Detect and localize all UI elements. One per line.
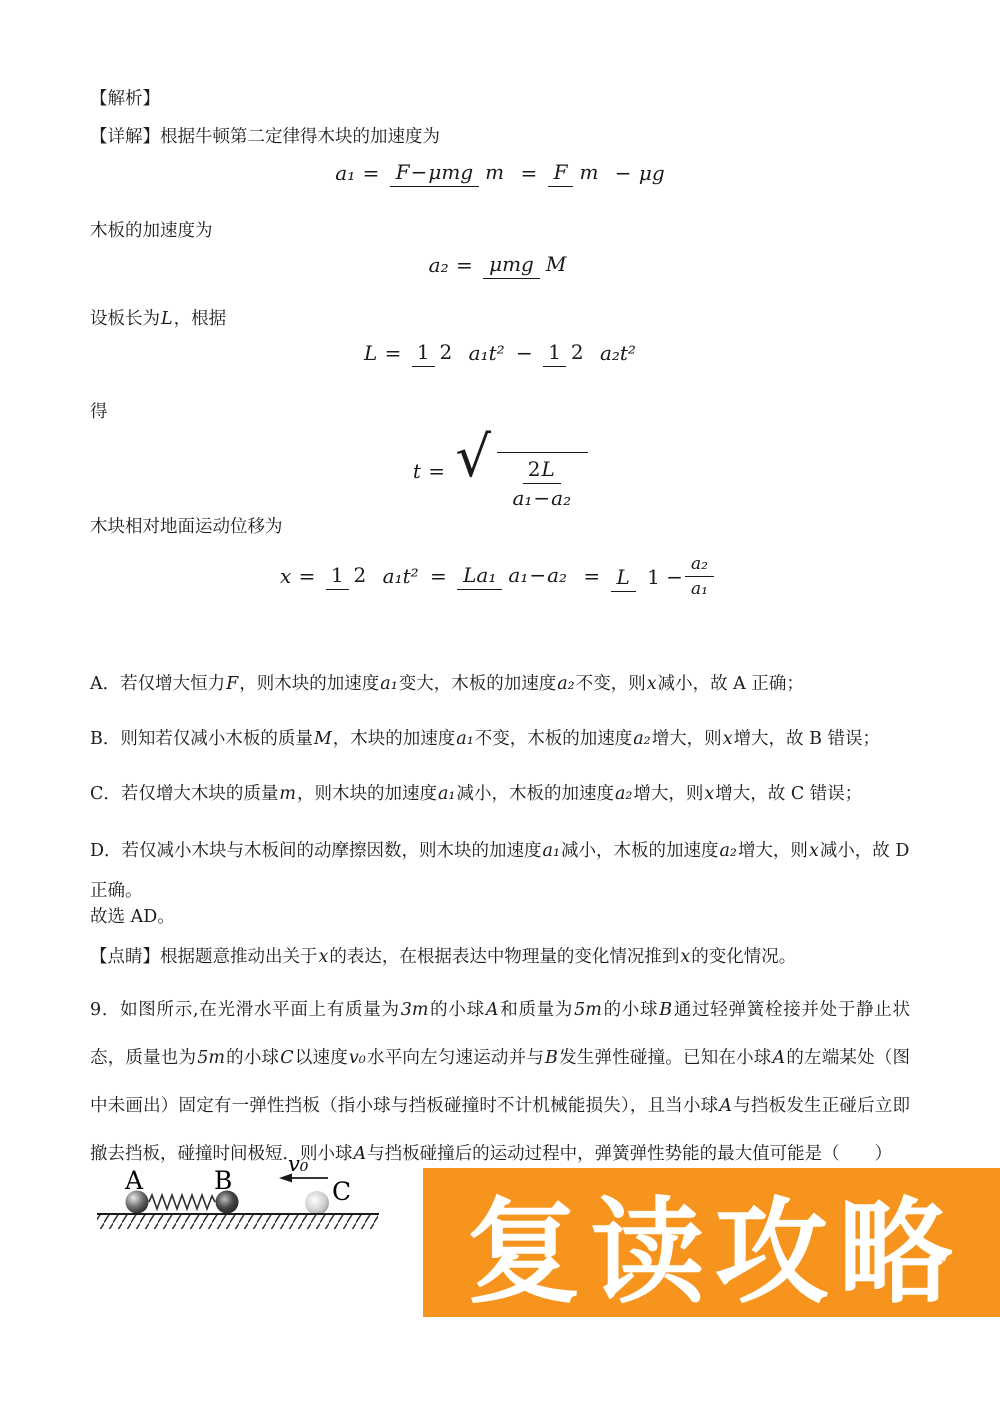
option-c: C．若仅增大木块的质量m，则木块的加速度a₁减小，木板的加速度a₂增大，则x增大… <box>90 774 910 814</box>
velocity-arrow-head <box>279 1174 292 1183</box>
detail-intro: 【详解】根据牛顿第二定律得木块的加速度为 <box>90 124 910 150</box>
radical: √ 2La₁ − a₂ <box>455 432 588 510</box>
formula-time: t = √ 2La₁ − a₂ <box>90 432 910 510</box>
ground-hatch <box>97 1215 378 1229</box>
formula-a1: a₁ = F − μmgm = Fm − μg <box>90 158 910 187</box>
formula-a2: a₂ = μmgM <box>90 250 910 279</box>
ball-c-label: C <box>332 1177 351 1206</box>
formula-displacement: x = 12 a₁t² = La₁a₁ − a₂ = L 1 − a₂a₁ <box>90 552 910 600</box>
option-d: D．若仅减小木块与木板间的动摩擦因数，则木块的加速度a₁减小，木板的加速度a₂增… <box>90 831 910 911</box>
ball-b-label: B <box>214 1166 232 1195</box>
board-acc-intro: 木板的加速度为 <box>90 218 910 244</box>
conclusion: 故选 AD。 <box>90 904 910 930</box>
option-b: B．则知若仅减小木板的质量M，木块的加速度a₁不变，木板的加速度a₂增大，则x增… <box>90 719 910 759</box>
velocity-label: v₀ <box>288 1152 309 1176</box>
ball-a-label: A <box>124 1166 144 1195</box>
displacement-intro: 木块相对地面运动位移为 <box>90 514 910 540</box>
formula-length: L = 12 a₁t² − 12 a₂t² <box>90 338 910 367</box>
option-a: A．若仅增大恒力F，则木块的加速度a₁变大，木板的加速度a₂不变，则x减小，故 … <box>90 664 910 704</box>
document-page: 【解析】 【详解】根据牛顿第二定律得木块的加速度为 a₁ = F − μmgm … <box>0 0 1000 1414</box>
spring <box>149 1195 215 1209</box>
analysis-label: 【解析】 <box>90 86 910 112</box>
ball-a <box>126 1191 149 1214</box>
figure-q9: A B C v₀ <box>95 1148 395 1243</box>
ball-b <box>216 1191 239 1214</box>
ball-c <box>305 1191 329 1215</box>
tip-note: 【点睛】根据题意推动出关于x的表达，在根据表达中物理量的变化情况推到x的变化情况… <box>90 944 910 970</box>
repeat-strategy-banner: 复读攻略 <box>423 1168 1000 1317</box>
banner-text: 复读攻略 <box>466 1161 962 1325</box>
set-length-intro: 设板长为L，根据 <box>90 306 910 332</box>
get-label: 得 <box>90 399 910 425</box>
